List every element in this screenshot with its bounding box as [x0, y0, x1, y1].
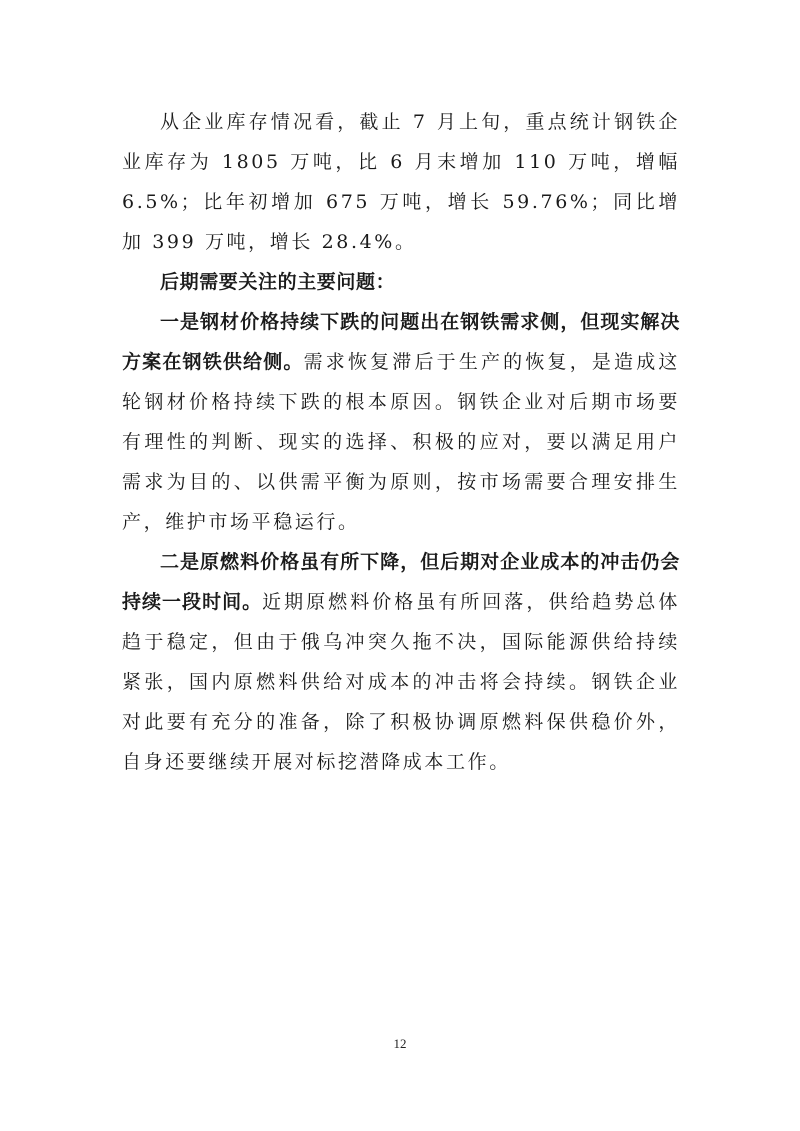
paragraph-text: 从企业库存情况看，截止 7 月上旬，重点统计钢铁企业库存为 1805 万吨，比 … — [122, 111, 680, 253]
paragraph-text: 近期原燃料价格虽有所回落，供给趋势总体趋于稳定，但由于俄乌冲突久拖不决，国际能源… — [122, 591, 680, 773]
page-content: 从企业库存情况看，截止 7 月上旬，重点统计钢铁企业库存为 1805 万吨，比 … — [122, 102, 680, 782]
paragraph-issue-two: 二是原燃料价格虽有所下降，但后期对企业成本的冲击仍会持续一段时间。近期原燃料价格… — [122, 542, 680, 782]
document-page: 从企业库存情况看，截止 7 月上旬，重点统计钢铁企业库存为 1805 万吨，比 … — [0, 0, 800, 1131]
page-number: 12 — [0, 1036, 800, 1052]
paragraph-issue-one: 一是钢材价格持续下跌的问题出在钢铁需求侧，但现实解决方案在钢铁供给侧。需求恢复滞… — [122, 302, 680, 542]
paragraph-text: 需求恢复滞后于生产的恢复，是造成这轮钢材价格持续下跌的根本原因。钢铁企业对后期市… — [122, 351, 680, 533]
section-heading: 后期需要关注的主要问题： — [122, 262, 680, 302]
paragraph-inventory: 从企业库存情况看，截止 7 月上旬，重点统计钢铁企业库存为 1805 万吨，比 … — [122, 102, 680, 262]
